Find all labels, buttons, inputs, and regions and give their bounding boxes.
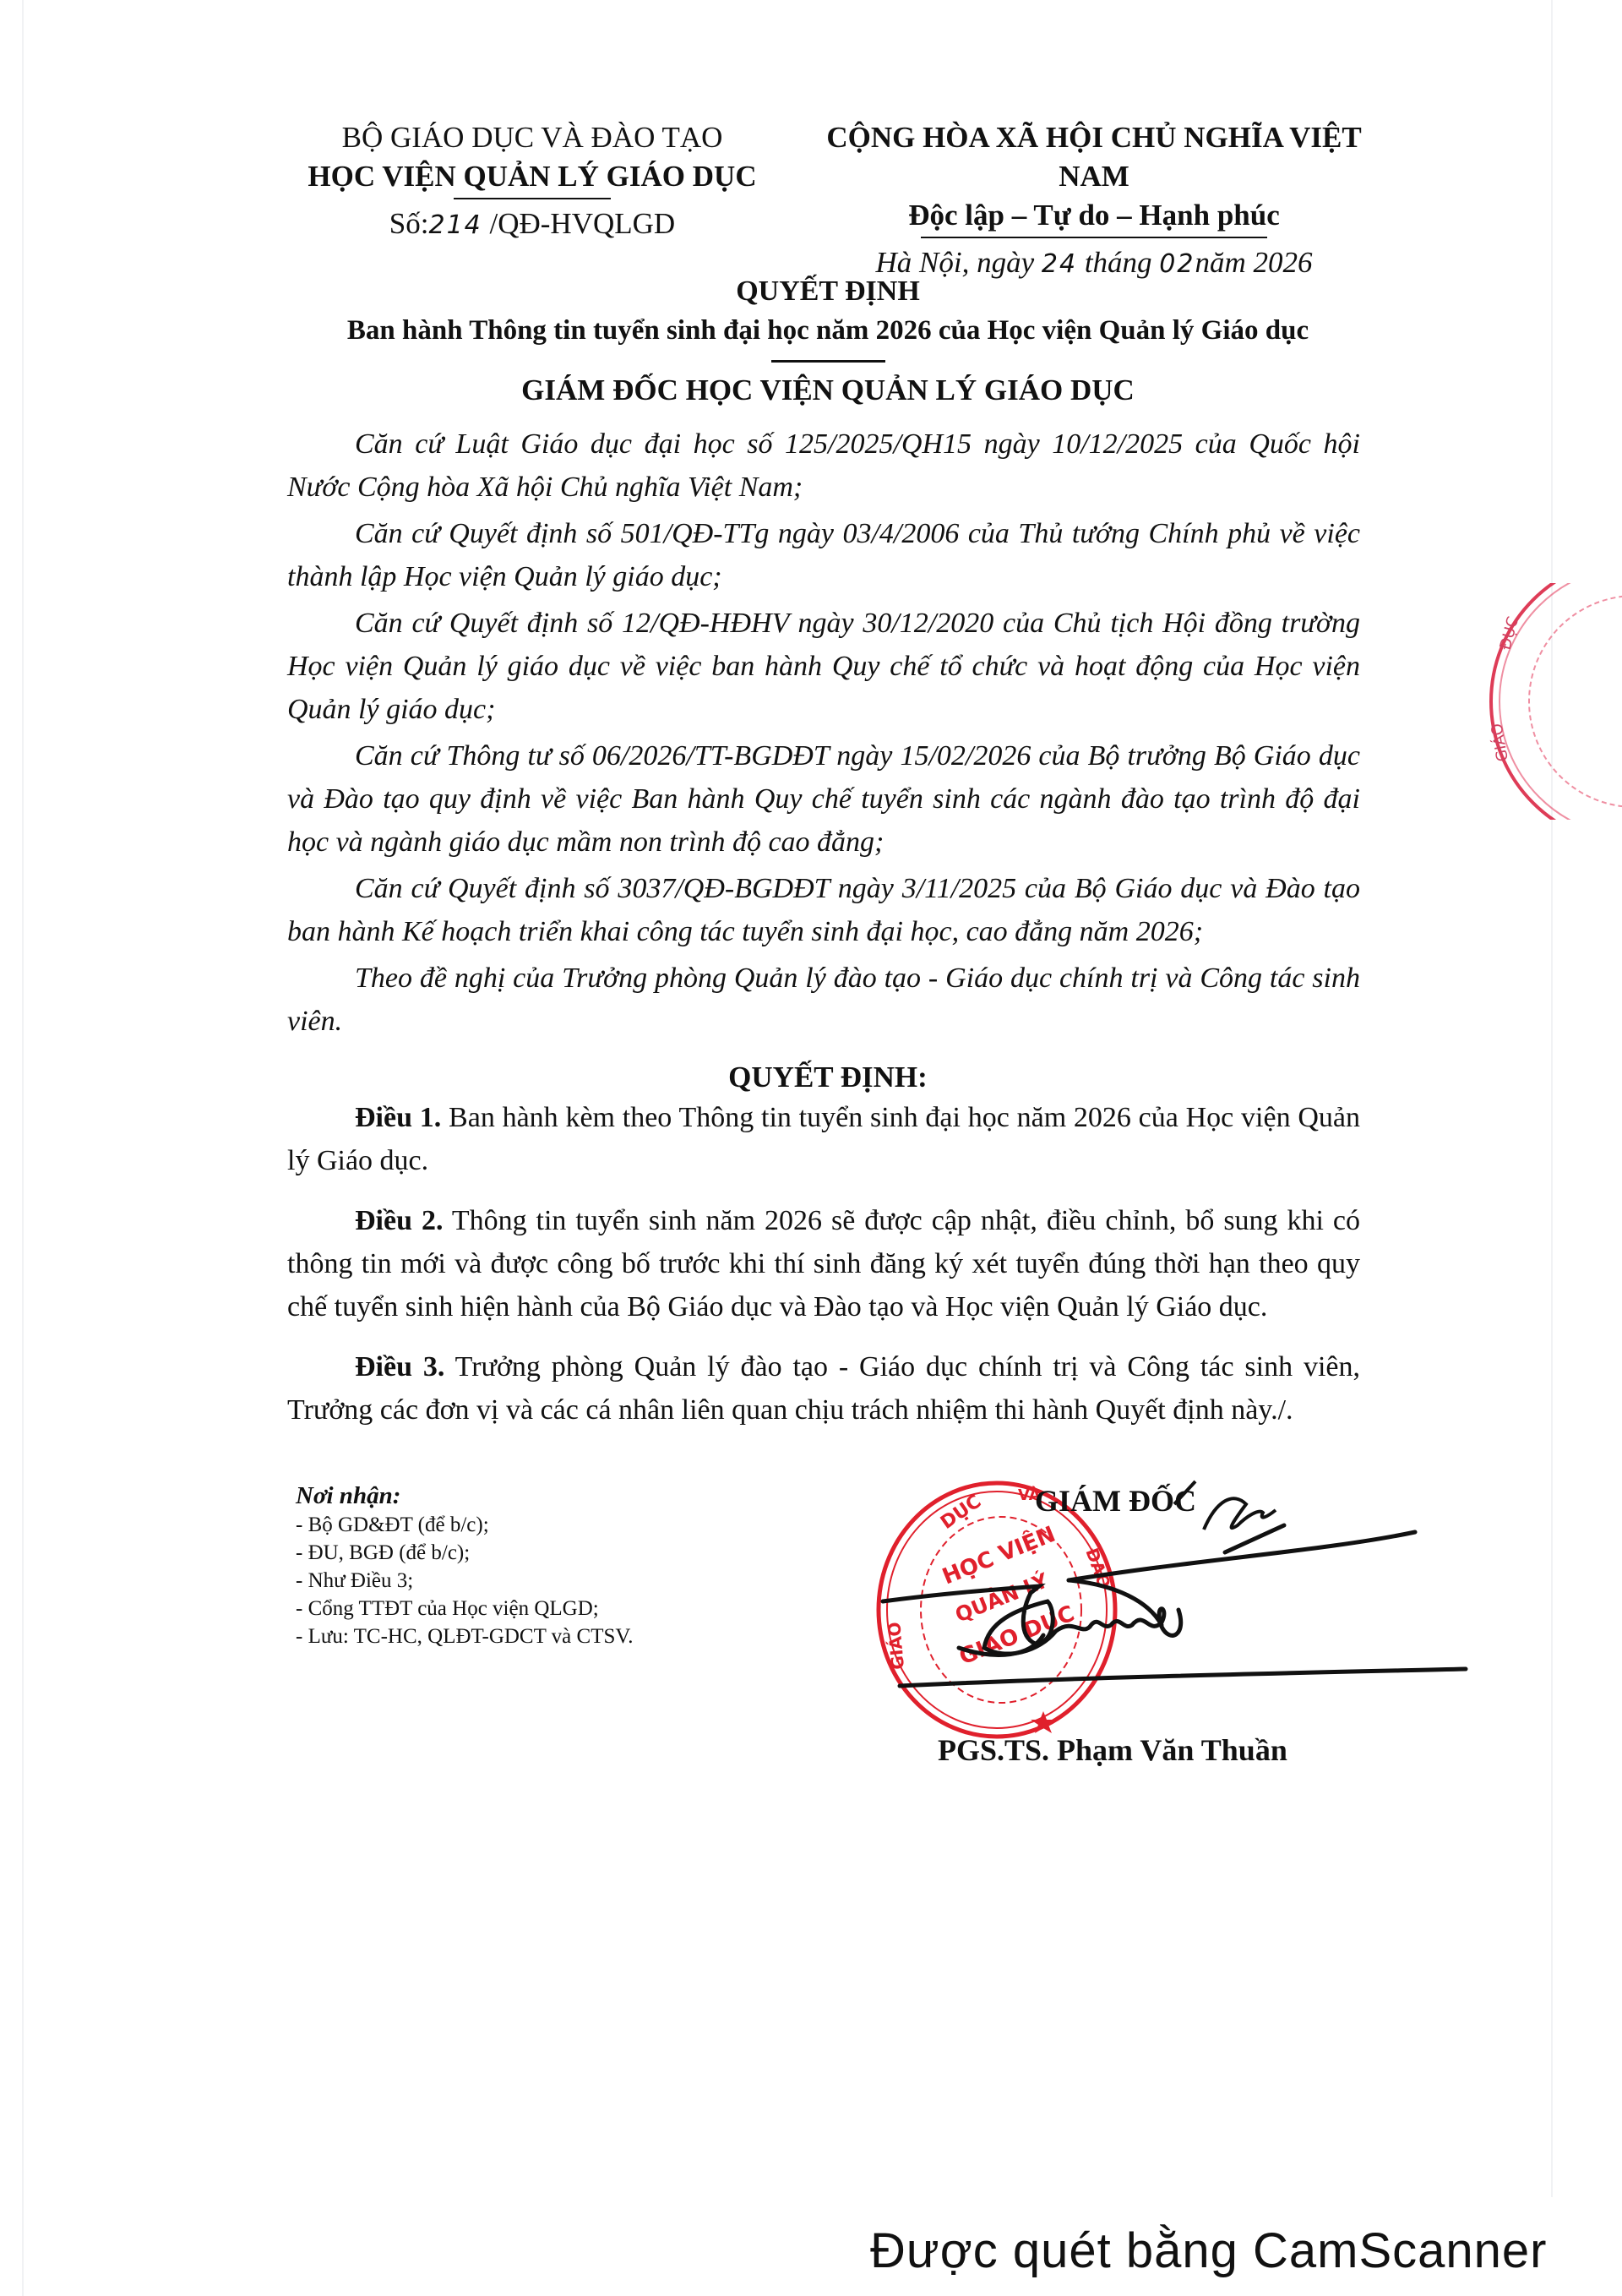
legal-basis: Căn cứ Thông tư số 06/2026/TT-BGDĐT ngày…	[287, 734, 1360, 864]
partial-stamp-icon: ĐỤC GIÁO	[1474, 583, 1622, 820]
issuer-block: BỘ GIÁO DỤC VÀ ĐÀO TẠO HỌC VIỆN QUẢN LÝ …	[287, 118, 777, 245]
institution-name: HỌC VIỆN QUẢN LÝ GIÁO DỤC	[287, 157, 777, 196]
recipient-item: - ĐU, BGĐ (để b/c);	[296, 1539, 769, 1567]
number-prefix: Số:	[389, 207, 429, 240]
document-number: Số:214 /QĐ-HVQLGD	[287, 205, 777, 245]
scanner-watermark: Được quét bằng CamScanner	[870, 2222, 1548, 2279]
national-heading: CỘNG HÒA XÃ HỘI CHỦ NGHĨA VIỆT NAM Độc l…	[798, 118, 1390, 284]
document-title-block: QUYẾT ĐỊNH Ban hành Thông tin tuyển sinh…	[279, 272, 1377, 410]
signature-icon	[862, 1475, 1487, 1728]
article-label: Điều 1.	[355, 1102, 441, 1133]
legal-basis: Theo đề nghị của Trưởng phòng Quản lý đà…	[287, 957, 1360, 1043]
svg-text:GIÁO: GIÁO	[1487, 722, 1512, 763]
document-subject: Ban hành Thông tin tuyển sinh đại học nă…	[279, 311, 1377, 350]
country-name: CỘNG HÒA XÃ HỘI CHỦ NGHĨA VIỆT NAM	[798, 118, 1390, 196]
scan-edge-left	[22, 0, 24, 2296]
recipient-item: - Như Điều 3;	[296, 1567, 769, 1595]
legal-basis: Căn cứ Quyết định số 501/QĐ-TTg ngày 03/…	[287, 512, 1360, 598]
divider	[771, 360, 885, 363]
article: Điều 1. Ban hành kèm theo Thông tin tuyể…	[287, 1096, 1360, 1182]
document-type: QUYẾT ĐỊNH	[279, 272, 1377, 311]
national-motto: Độc lập – Tự do – Hạnh phúc	[798, 196, 1390, 235]
issuing-authority: GIÁM ĐỐC HỌC VIỆN QUẢN LÝ GIÁO DỤC	[279, 371, 1377, 410]
recipients-heading: Nơi nhận:	[296, 1481, 769, 1511]
recipient-item: - Lưu: TC-HC, QLĐT-GDCT và CTSV.	[296, 1622, 769, 1650]
handwritten-number: 214	[428, 210, 482, 240]
article-label: Điều 2.	[355, 1205, 443, 1236]
legal-basis: Căn cứ Quyết định số 3037/QĐ-BGDĐT ngày …	[287, 867, 1360, 953]
recipients-block: Nơi nhận: - Bộ GD&ĐT (để b/c); - ĐU, BGĐ…	[296, 1481, 769, 1650]
svg-text:ĐỤC: ĐỤC	[1497, 615, 1523, 652]
recipient-item: - Bộ GD&ĐT (để b/c);	[296, 1511, 769, 1539]
divider	[921, 237, 1267, 238]
legal-basis: Căn cứ Quyết định số 12/QĐ-HĐHV ngày 30/…	[287, 602, 1360, 731]
article-text: Trưởng phòng Quản lý đào tạo - Giáo dục …	[287, 1351, 1360, 1426]
article-text: Ban hành kèm theo Thông tin tuyển sinh đ…	[287, 1102, 1360, 1176]
ministry-name: BỘ GIÁO DỤC VÀ ĐÀO TẠO	[287, 118, 777, 157]
articles: Điều 1. Ban hành kèm theo Thông tin tuyể…	[287, 1096, 1360, 1448]
article-text: Thông tin tuyển sinh năm 2026 sẽ được cậ…	[287, 1205, 1360, 1323]
recipient-item: - Cổng TTĐT của Học viện QLGD;	[296, 1595, 769, 1622]
article-label: Điều 3.	[355, 1351, 444, 1383]
legal-basis: Căn cứ Luật Giáo dục đại học số 125/2025…	[287, 423, 1360, 509]
scan-edge-right	[1551, 0, 1553, 2197]
divider	[454, 198, 611, 199]
article: Điều 3. Trưởng phòng Quản lý đào tạo - G…	[287, 1345, 1360, 1432]
legal-bases: Căn cứ Luật Giáo dục đại học số 125/2025…	[287, 423, 1360, 1046]
decision-heading: QUYẾT ĐỊNH:	[279, 1058, 1377, 1097]
article: Điều 2. Thông tin tuyển sinh năm 2026 sẽ…	[287, 1199, 1360, 1328]
signer-name: PGS.TS. Phạm Văn Thuần	[938, 1732, 1287, 1768]
number-suffix: /QĐ-HVQLGD	[482, 207, 675, 240]
